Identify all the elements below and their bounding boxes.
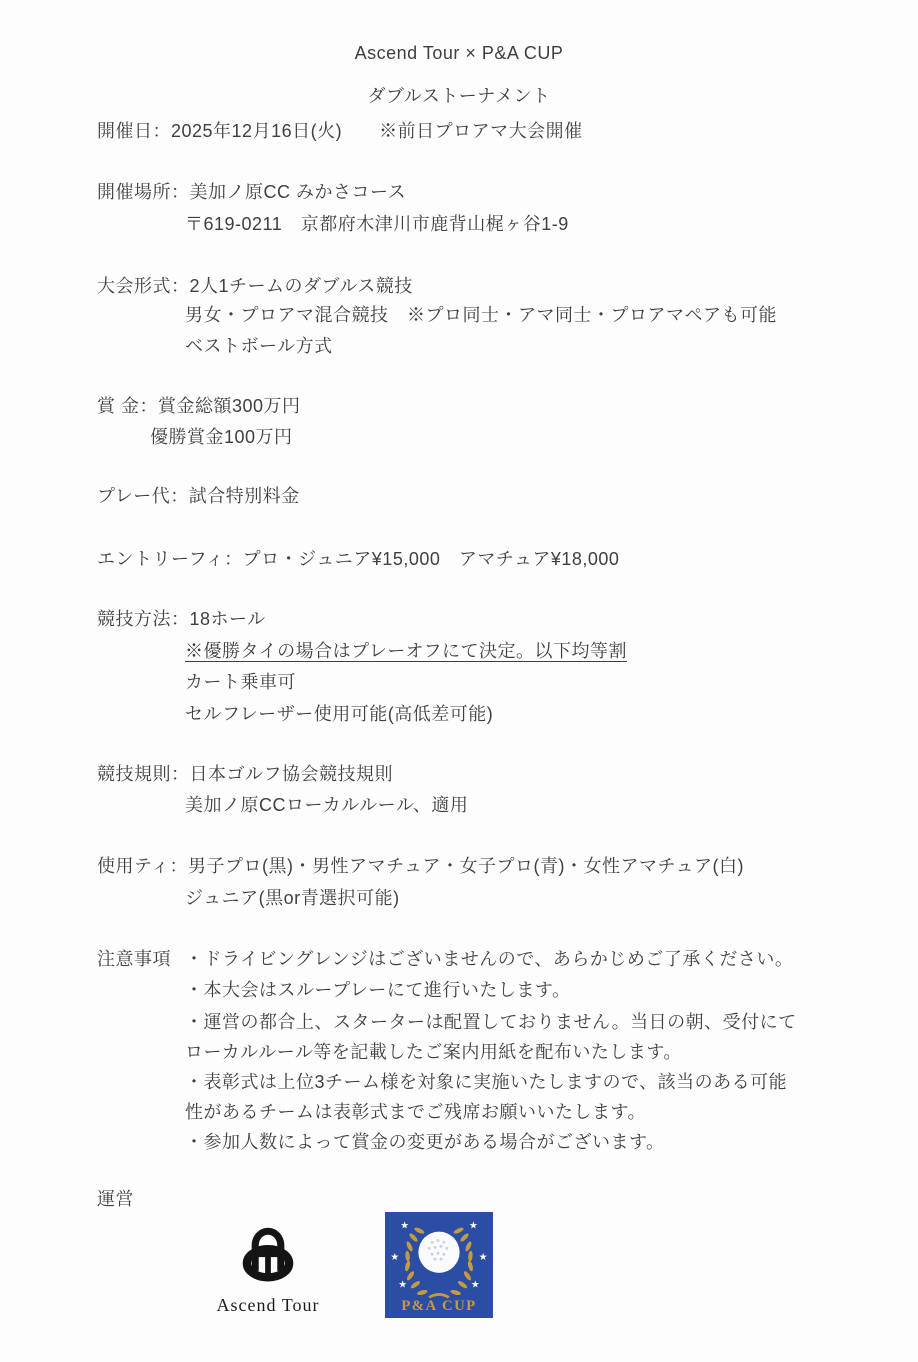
field-rules-line1: 競技規則：日本ゴルフ協会競技規則: [97, 762, 393, 786]
field-date: 開催日：2025年12月16日(火) ※前日プロアマ大会開催: [97, 119, 583, 143]
ascend-tour-logo-caption: Ascend Tour: [208, 1295, 328, 1316]
notes-line7: ・参加人数によって賞金の変更がある場合がございます。: [185, 1130, 665, 1154]
ascend-tour-logo-icon: [236, 1220, 300, 1286]
notes-line3: ・運営の都合上、スターターは配置しておりません。当日の朝、受付にて: [185, 1010, 797, 1034]
field-format-line2: 男女・プロアマ混合競技 ※プロ同士・アマ同士・プロアマペアも可能: [185, 303, 777, 327]
field-prize-line2: 優勝賞金100万円: [150, 425, 293, 449]
star-icon: ★: [400, 1221, 409, 1232]
field-tees-line1: 使用ティ：男子プロ(黒)・男性アマチュア・女子プロ(青)・女性アマチュア(白): [97, 854, 744, 878]
field-format-line1: 大会形式：2人1チームのダブルス競技: [97, 274, 413, 298]
field-format-line3: ベストボール方式: [185, 334, 333, 358]
field-play-fee: プレー代：試合特別料金: [97, 484, 300, 508]
notes-line6: 性があるチームは表彰式までご残席お願いいたします。: [185, 1100, 646, 1124]
pa-cup-logo-label: P&A CUP: [401, 1298, 476, 1314]
notes-line4: ローカルルール等を記載したご案内用紙を配布いたします。: [185, 1040, 682, 1064]
field-rules-line2: 美加ノ原CCローカルルール、適用: [185, 793, 468, 817]
ascend-tour-logo: Ascend Tour: [208, 1220, 328, 1316]
star-icon: ★: [469, 1221, 478, 1232]
tournament-name: ダブルストーナメント: [0, 84, 918, 108]
notes-label: 注意事項: [97, 947, 185, 971]
notes-line2: ・本大会はスループレーにて進行いたします。: [185, 978, 570, 1002]
star-icon: ★: [471, 1280, 480, 1291]
star-icon: ★: [479, 1252, 488, 1263]
event-title: Ascend Tour × P&A CUP: [0, 41, 918, 65]
footer-label: 運営: [97, 1187, 134, 1211]
notes-line5: ・表彰式は上位3チーム様を対象に実施いたしますので、該当のある可能: [185, 1070, 787, 1094]
field-method-line3: カート乗車可: [185, 670, 296, 694]
field-method-line1: 競技方法：18ホール: [97, 607, 266, 631]
star-icon: ★: [390, 1252, 399, 1263]
field-method-playoff-note: ※優勝タイの場合はプレーオフにて決定。以下均等割: [185, 639, 627, 663]
field-method-line4: セルフレーザー使用可能(高低差可能): [185, 702, 493, 726]
field-venue-address: 〒619-0211 京都府木津川市鹿背山梶ヶ谷1-9: [185, 212, 569, 236]
field-venue-line1: 開催場所：美加ノ原CC みかさコース: [97, 180, 406, 204]
field-tees-line2: ジュニア(黒or青選択可能): [185, 886, 400, 910]
document-page: Ascend Tour × P&A CUP ダブルストーナメント 開催日：202…: [0, 0, 918, 1362]
notes-row: 注意事項・ドライビングレンジはございませんので、あらかじめご了承ください。: [97, 947, 793, 971]
field-prize-line1: 賞 金：賞金総額300万円: [97, 394, 301, 418]
pa-cup-logo: ★ ★ ★ ★ ★ ★ P&A CUP: [385, 1212, 493, 1318]
star-icon: ★: [398, 1280, 407, 1291]
field-entry-fee: エントリーフィ：プロ・ジュニア¥15,000 アマチュア¥18,000: [97, 547, 619, 571]
notes-line1: ・ドライビングレンジはございませんので、あらかじめご了承ください。: [185, 949, 793, 969]
